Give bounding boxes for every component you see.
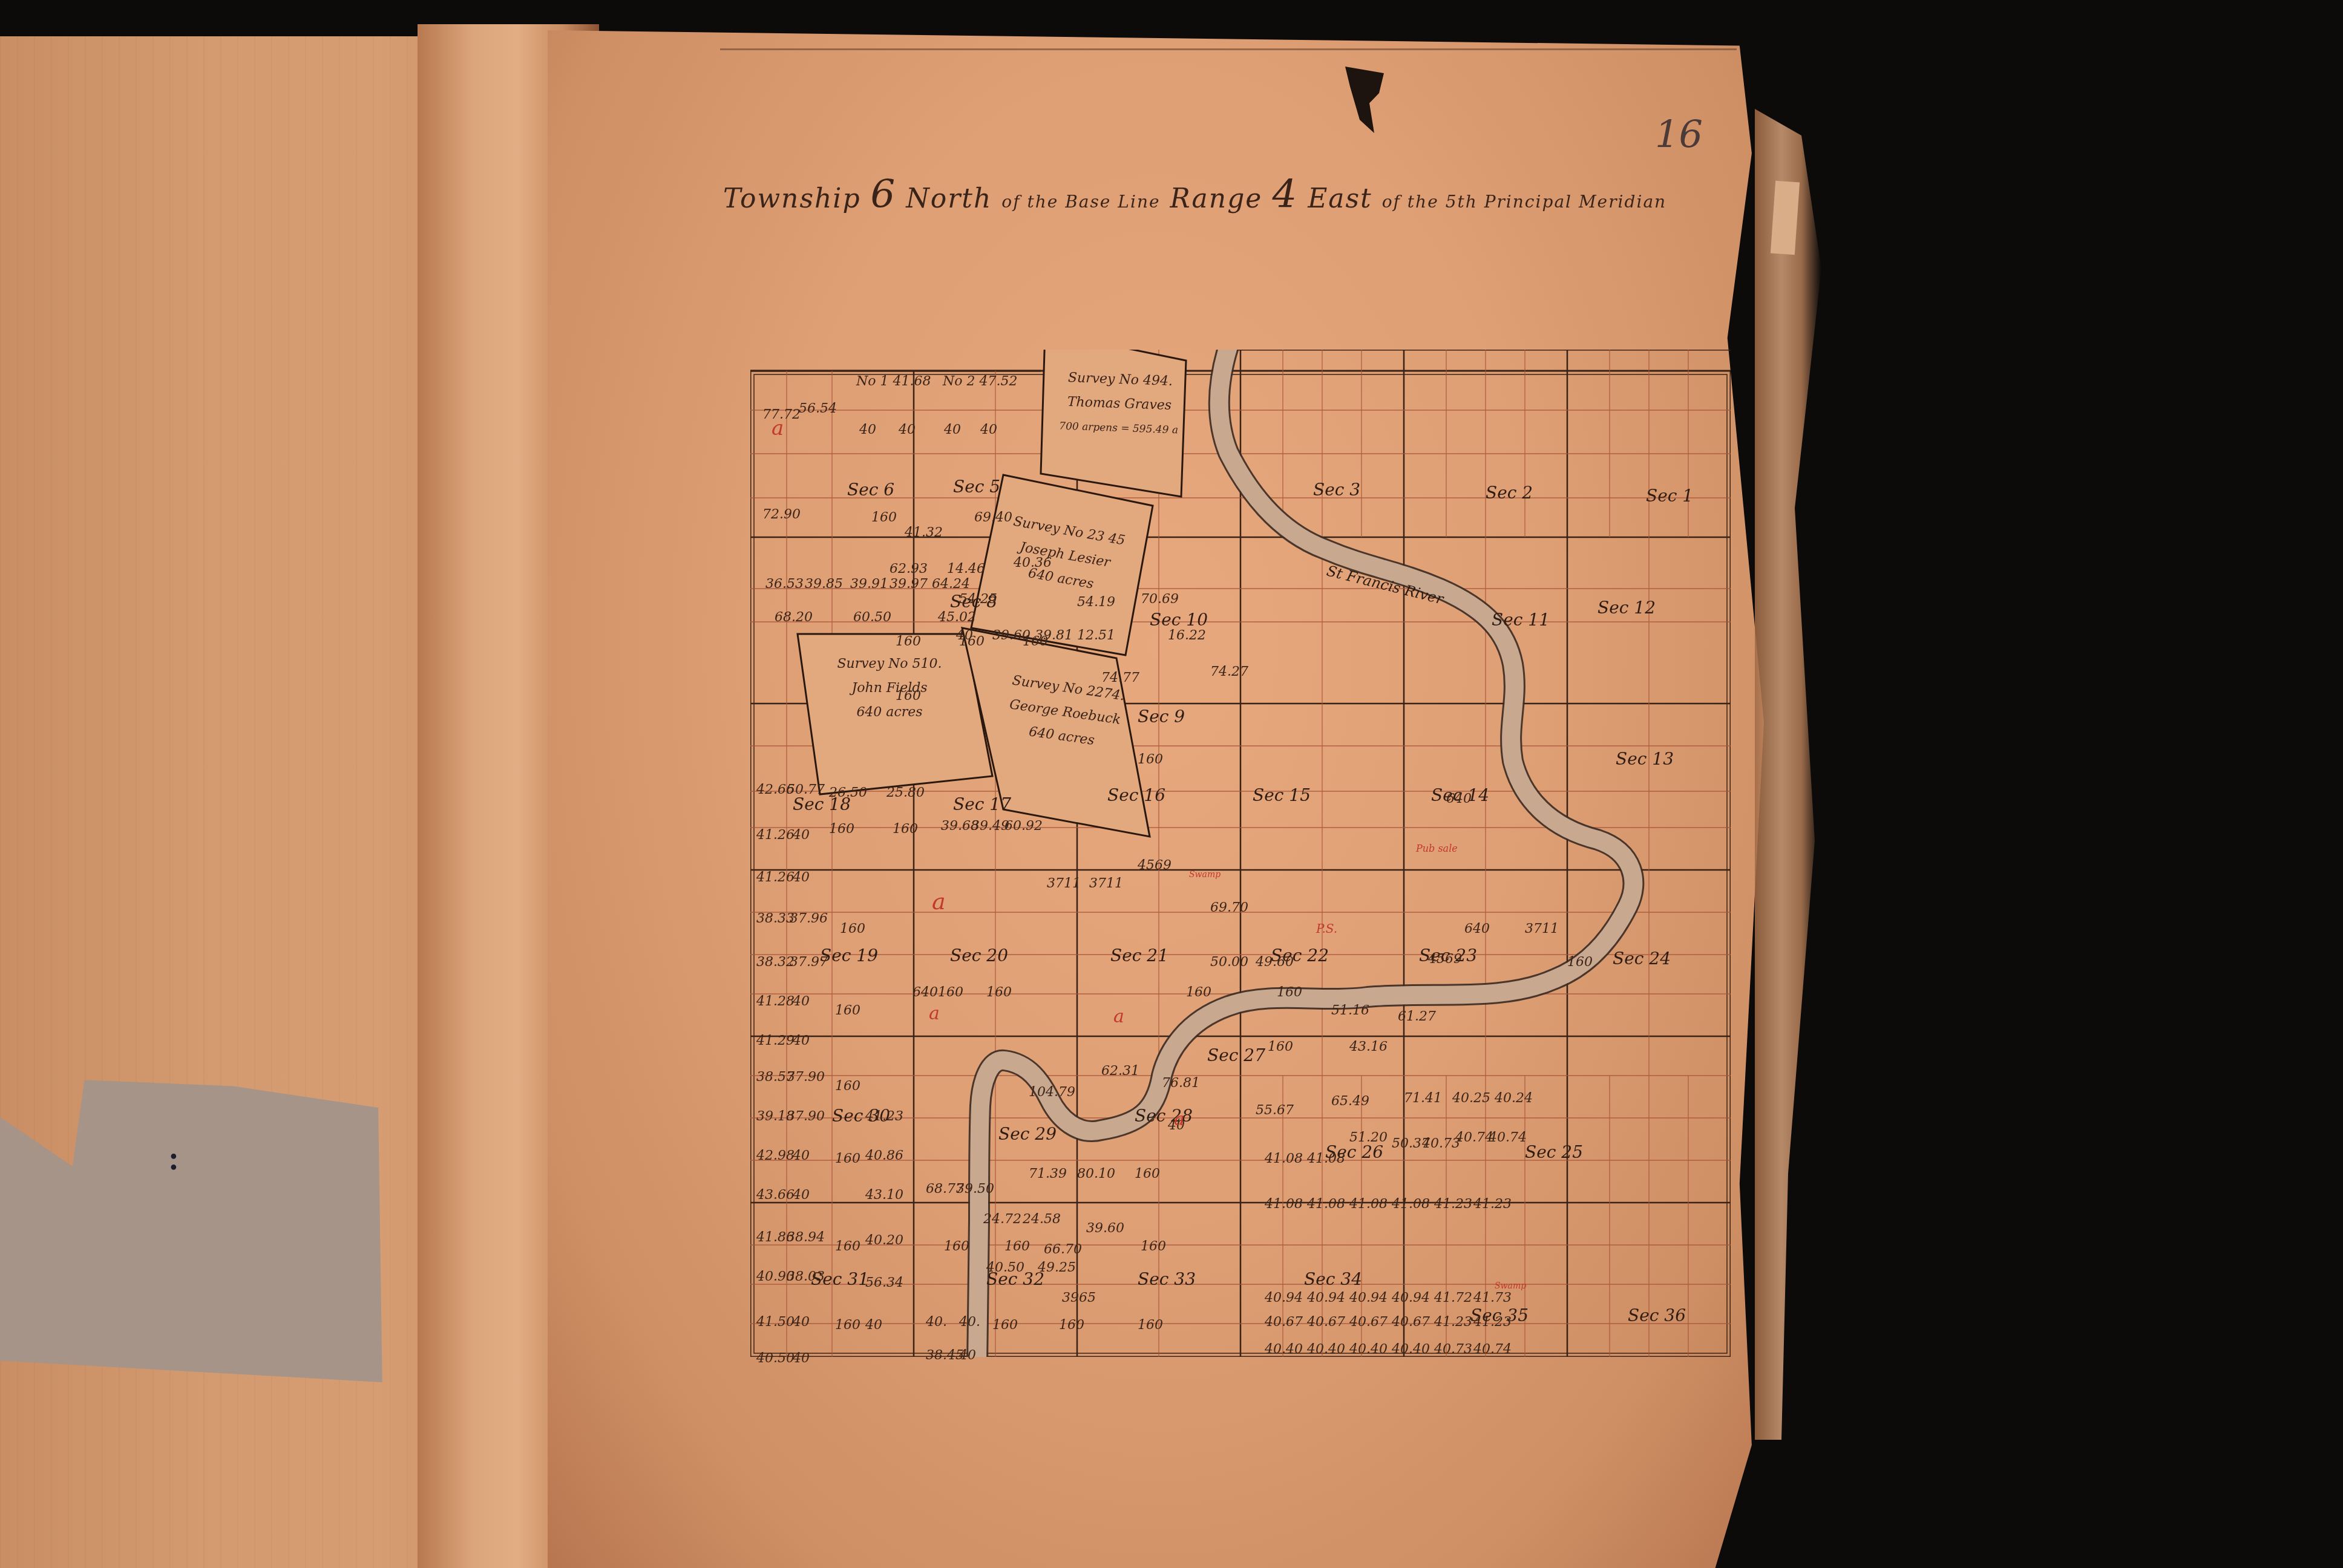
swamp-note: Swamp	[1189, 870, 1221, 880]
acreage-label: 41.50	[756, 1315, 795, 1330]
acreage-label: 51.20	[1349, 1130, 1388, 1145]
acreage-label: 26.50	[829, 785, 867, 800]
survey-acreage: 700 arpens = 595.49 a	[1055, 414, 1182, 442]
title-township-number: 6	[871, 172, 897, 217]
section-label: Sec 9	[1138, 707, 1185, 727]
acreage-label: 39.97	[890, 577, 928, 592]
acreage-label: 40	[959, 1348, 976, 1363]
acreage-label: 38.03	[787, 1269, 825, 1284]
acreage-label: 39.60	[992, 628, 1031, 643]
acreage-label: No 2 47.52	[943, 374, 1017, 389]
acreage-label: 40.94	[1392, 1290, 1430, 1305]
acreage-label: 40.73	[1434, 1342, 1472, 1357]
map-grid-svg	[750, 350, 1731, 1357]
acreage-label: 40.94	[1265, 1290, 1303, 1305]
acreage-label: 38.33	[756, 911, 795, 926]
page-tab	[1771, 181, 1800, 255]
red-ps-mark: P.S.	[1316, 921, 1337, 936]
acreage-label: 40	[793, 1351, 810, 1366]
section-label: Sec 6	[847, 480, 894, 500]
acreage-label: 71.41	[1404, 1091, 1442, 1106]
acreage-label: 41.23	[865, 1109, 903, 1124]
acreage-label: 41.32	[905, 525, 943, 540]
acreage-label: 60.92	[1004, 818, 1043, 834]
section-label: Sec 1	[1646, 486, 1693, 506]
acreage-label: 40	[793, 994, 810, 1009]
acreage-label: 55.67	[1256, 1103, 1294, 1118]
acreage-label: 41.08	[1265, 1151, 1303, 1166]
acreage-label: 160	[1567, 955, 1593, 970]
acreage-label: 3711	[1047, 876, 1081, 891]
acreage-label: 41.73	[1473, 1290, 1512, 1305]
acreage-label: 74.27	[1210, 664, 1248, 679]
pub-sale-note: Pub sale	[1416, 843, 1458, 854]
acreage-label: 16.22	[1168, 628, 1206, 643]
acreage-label: 40.40	[1349, 1342, 1388, 1357]
acreage-label: 62.31	[1101, 1063, 1139, 1079]
acreage-label: 3711	[1089, 876, 1123, 891]
acreage-label: 49.25	[1038, 1260, 1076, 1275]
acreage-label: 160	[992, 1318, 1018, 1333]
acreage-label: 40.20	[865, 1233, 903, 1248]
acreage-label: 40	[793, 828, 810, 843]
acreage-label: 56.54	[799, 401, 837, 416]
section-label: Sec 21	[1110, 946, 1168, 965]
section-label: Sec 20	[950, 946, 1008, 965]
acreage-label: 40.74	[1473, 1342, 1512, 1357]
township-plat-map: Survey No 494. Thomas Graves 700 arpens …	[750, 350, 1731, 1357]
acreage-label: 45.02	[938, 610, 976, 625]
section-label: Sec 27	[1207, 1045, 1265, 1065]
acreage-label: 54.25	[959, 592, 997, 607]
acreage-label: 160	[896, 634, 921, 649]
acreage-label: 70.69	[1141, 592, 1179, 607]
acreage-label: 39.49	[971, 818, 1009, 834]
acreage-label: 40	[793, 1315, 810, 1330]
acreage-label: 160	[986, 985, 1012, 1000]
acreage-label: 64.24	[932, 577, 970, 592]
acreage-label: 41.08	[1265, 1197, 1303, 1212]
title-township-word: Township	[723, 183, 861, 214]
red-a-mark: a	[932, 888, 946, 915]
acreage-label: 56.34	[865, 1275, 903, 1290]
acreage-label: 24.58	[1023, 1212, 1061, 1227]
acreage-label: 50.77	[787, 782, 825, 797]
acreage-label: 41.23	[1473, 1315, 1512, 1330]
acreage-label: 41.23	[1434, 1197, 1472, 1212]
acreage-label: 40.67	[1349, 1315, 1388, 1330]
acreage-label: 39.50	[956, 1181, 994, 1197]
acreage-label: 160	[835, 1079, 860, 1094]
acreage-label: 160	[1138, 752, 1163, 767]
acreage-label: 66.70	[1044, 1242, 1082, 1257]
acreage-label: 160	[840, 921, 865, 936]
swamp-note: Swamp	[1495, 1281, 1526, 1291]
acreage-label: 40	[980, 422, 997, 437]
acreage-label: 37.90	[787, 1070, 825, 1085]
acreage-label: 41.29	[756, 1033, 795, 1048]
acreage-label: 3965	[1062, 1290, 1096, 1305]
acreage-label: 640	[1464, 921, 1490, 936]
acreage-label: 40.40	[1307, 1342, 1345, 1357]
acreage-label: 160	[944, 1239, 969, 1254]
survey-acreage: 640 acres	[814, 701, 965, 725]
acreage-label: 37.90	[787, 1109, 825, 1124]
acreage-label: 40.40	[1392, 1342, 1430, 1357]
acreage-label: 39.91	[850, 577, 888, 592]
acreage-label: 160	[1138, 1318, 1163, 1333]
survey-510-label: Survey No 510. John Fields 640 acres	[814, 652, 965, 725]
section-label: Sec 5	[953, 477, 1000, 497]
acreage-label: 160	[1186, 985, 1211, 1000]
acreage-label: 24.72	[983, 1212, 1021, 1227]
acreage-label: No 1 41.68	[856, 374, 931, 389]
acreage-label: 41.28	[756, 994, 795, 1009]
title-east: East	[1308, 183, 1372, 214]
acreage-label: 51.16	[1331, 1003, 1369, 1018]
acreage-label: 71.39	[1029, 1166, 1067, 1181]
acreage-label: 80.10	[1077, 1166, 1115, 1181]
map-title: Township 6 North of the Base Line Range …	[723, 172, 1752, 217]
acreage-label: 76.81	[1162, 1076, 1200, 1091]
section-label: Sec 36	[1628, 1305, 1686, 1325]
acreage-label: 160	[1004, 1239, 1030, 1254]
acreage-label: 61.27	[1398, 1009, 1436, 1024]
title-meridian: of the 5th Principal Meridian	[1382, 192, 1666, 212]
title-range-word: Range	[1170, 183, 1262, 214]
acreage-label: 41.08	[1307, 1197, 1345, 1212]
acreage-label: 41.08	[1349, 1197, 1388, 1212]
red-a-mark: a	[929, 1003, 940, 1024]
page-number: 16	[1655, 112, 1703, 156]
acreage-label: 14.46	[947, 561, 985, 577]
acreage-label: 69.70	[1210, 900, 1248, 915]
acreage-label: 54.19	[1077, 595, 1115, 610]
red-a-mark: a	[772, 416, 784, 440]
acreage-label: 38.94	[787, 1230, 825, 1245]
acreage-label: 37.96	[790, 911, 828, 926]
ink-dots-icon: ••	[168, 1152, 179, 1174]
acreage-label: 160	[1277, 985, 1302, 1000]
acreage-label: 40.67	[1392, 1315, 1430, 1330]
acreage-label: 39.81	[1035, 628, 1073, 643]
acreage-label: 40	[956, 628, 973, 643]
acreage-label: 40.94	[1349, 1290, 1388, 1305]
top-rule-line	[720, 48, 1737, 50]
acreage-label: 40.94	[1307, 1290, 1345, 1305]
acreage-label: 160	[835, 1318, 860, 1333]
acreage-label: 40.36	[1014, 555, 1052, 570]
acreage-label: 40	[793, 1033, 810, 1048]
acreage-label: 40.24	[1495, 1091, 1533, 1106]
section-label: Sec 15	[1253, 785, 1311, 805]
acreage-label: 40.74	[1455, 1130, 1493, 1145]
acreage-label: 40	[865, 1318, 882, 1333]
acreage-label: 43.16	[1349, 1039, 1388, 1054]
section-label: Sec 29	[998, 1124, 1057, 1144]
acreage-label: 50.00	[1210, 955, 1248, 970]
acreage-label: 40.50	[986, 1260, 1024, 1275]
acreage-label: 41.26	[756, 828, 795, 843]
acreage-label: 160	[896, 688, 921, 704]
acreage-label: 4569	[1138, 858, 1171, 873]
acreage-label: 160	[1268, 1039, 1293, 1054]
acreage-label: 41.26	[756, 870, 795, 885]
acreage-label: 160	[829, 822, 854, 837]
acreage-label: 160	[1135, 1166, 1160, 1181]
acreage-label: 62.93	[890, 561, 928, 577]
acreage-label: 4569	[1428, 952, 1462, 967]
acreage-label: 37.97	[790, 955, 828, 970]
acreage-label: 69.40	[974, 510, 1012, 525]
acreage-label: 640	[913, 985, 938, 1000]
section-label: Sec 11	[1492, 610, 1550, 630]
acreage-label: 60.50	[853, 610, 891, 625]
acreage-label: 40	[859, 422, 876, 437]
section-label: Sec 25	[1525, 1142, 1583, 1162]
acreage-label: 40.	[959, 1315, 980, 1330]
section-label: Sec 24	[1613, 949, 1671, 969]
survey-number: Survey No 510.	[814, 652, 965, 676]
acreage-label: 41.08	[1392, 1197, 1430, 1212]
acreage-label: 40	[793, 870, 810, 885]
red-a-mark: a	[1113, 1006, 1124, 1027]
survey-owner: John Fields	[814, 676, 965, 701]
section-label: Sec 17	[953, 794, 1011, 814]
acreage-label: 40.	[926, 1315, 947, 1330]
acreage-label: 41.23	[1473, 1197, 1512, 1212]
section-label: Sec 13	[1616, 749, 1674, 769]
acreage-label: 40	[793, 1148, 810, 1163]
acreage-label: 160	[1141, 1239, 1166, 1254]
section-label: Sec 33	[1138, 1269, 1196, 1289]
acreage-label: 25.80	[886, 785, 925, 800]
acreage-label: 40.25	[1452, 1091, 1490, 1106]
section-label: Sec 2	[1486, 483, 1533, 503]
acreage-label: 40	[793, 1187, 810, 1203]
section-label: Sec 34	[1304, 1269, 1362, 1289]
title-north: North	[906, 183, 992, 214]
acreage-label: 40.86	[865, 1148, 903, 1163]
acreage-label: 43.10	[865, 1187, 903, 1203]
acreage-label: 38.45	[926, 1348, 964, 1363]
acreage-label: 41.08	[1307, 1151, 1345, 1166]
acreage-label: 72.90	[762, 507, 801, 522]
title-base-line: of the Base Line	[1001, 192, 1160, 212]
acreage-label: 40	[944, 422, 961, 437]
acreage-label: 12.51	[1077, 628, 1115, 643]
acreage-label: 160	[938, 985, 963, 1000]
survey-494-label: Survey No 494. Thomas Graves 700 arpens …	[1055, 365, 1184, 442]
acreage-label: 40.67	[1265, 1315, 1303, 1330]
acreage-label: 160	[871, 510, 897, 525]
acreage-label: 104.79	[1029, 1085, 1075, 1100]
acreage-label: 40.50	[756, 1351, 795, 1366]
acreage-label: 40.67	[1307, 1315, 1345, 1330]
acreage-label: 38.32	[756, 955, 795, 970]
acreage-label: 160	[1059, 1318, 1084, 1333]
acreage-label: 160	[835, 1003, 860, 1018]
acreage-label: 49.60	[1256, 955, 1294, 970]
acreage-label: 40.73	[1422, 1136, 1460, 1151]
red-a-mark: a	[1174, 1109, 1185, 1130]
acreage-label: 41.72	[1434, 1290, 1472, 1305]
section-label: Sec 3	[1313, 480, 1360, 500]
acreage-label: 36.53	[765, 577, 804, 592]
acreage-label: 40	[899, 422, 916, 437]
acreage-label: 39.85	[805, 577, 843, 592]
section-label: Sec 10	[1150, 610, 1208, 630]
acreage-label: 160	[835, 1239, 860, 1254]
acreage-label: 40.40	[1265, 1342, 1303, 1357]
acreage-label: 68.20	[775, 610, 813, 625]
acreage-label: 640	[1446, 791, 1472, 806]
acreage-label: 160	[893, 822, 918, 837]
acreage-label: 65.49	[1331, 1094, 1369, 1109]
section-label: Sec 16	[1107, 785, 1165, 805]
acreage-label: 39.60	[1086, 1221, 1124, 1236]
acreage-label: 41.23	[1434, 1315, 1472, 1330]
acreage-label: 74.77	[1101, 670, 1139, 685]
acreage-label: 3711	[1525, 921, 1559, 936]
acreage-label: 42.98	[756, 1148, 795, 1163]
acreage-label: 40.74	[1489, 1130, 1527, 1145]
section-label: Sec 19	[820, 946, 878, 965]
section-label: Sec 12	[1597, 598, 1656, 618]
acreage-label: 160	[835, 1151, 860, 1166]
title-range-number: 4	[1272, 172, 1298, 217]
acreage-label: 43.66	[756, 1187, 795, 1203]
